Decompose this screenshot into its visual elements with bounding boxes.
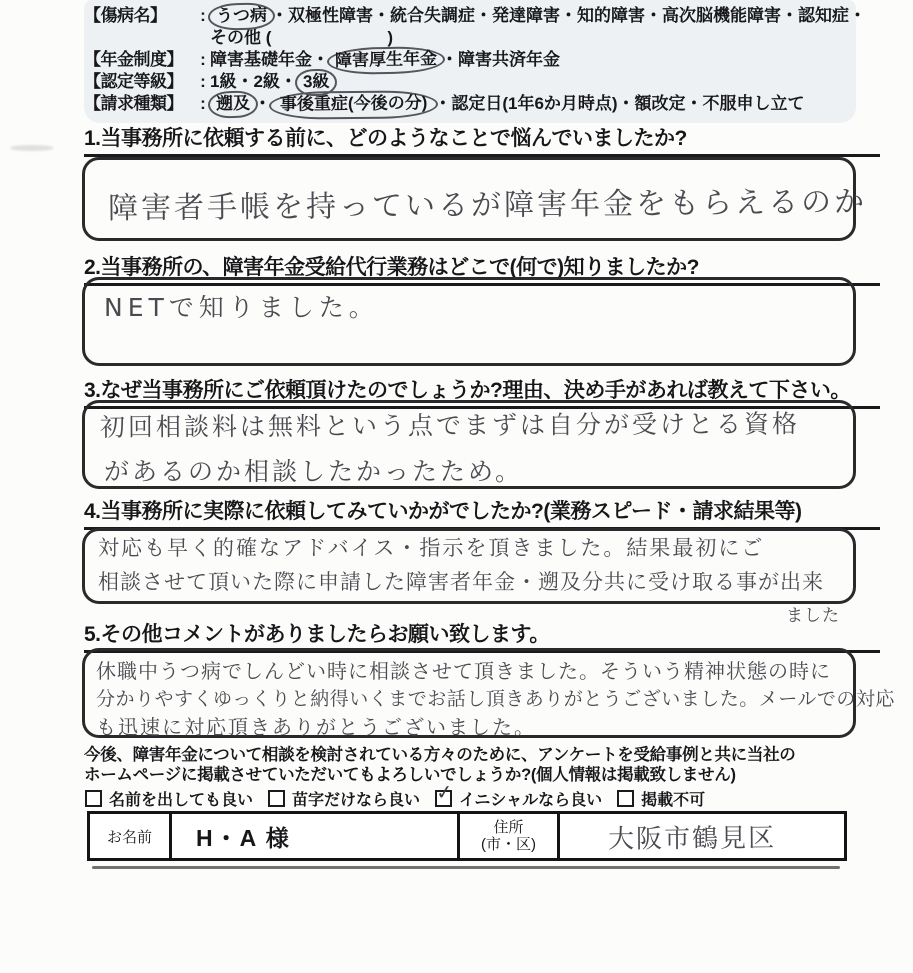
grade-row: 【認定等級】 : 1級・2級・3級: [84, 71, 856, 93]
grade-pre: 1級・2級・: [210, 72, 297, 91]
handwritten-answer-2: NETで知りました。: [104, 288, 379, 324]
colon: :: [196, 71, 210, 93]
circled-option-sokyuu: 遡及: [208, 90, 259, 118]
disease-other-row: その他 (): [84, 27, 856, 49]
checkbox-surname-only[interactable]: [268, 790, 285, 807]
consent-options-row: 名前を出しても良い 苗字だけなら良い ✓ イニシャルなら良い 掲載不可: [85, 788, 705, 808]
name-value-cell: H・A 様: [172, 814, 460, 858]
consent-option-label: 掲載不可: [641, 787, 705, 810]
claim-rest: ・認定日(1年6か月時点)・額改定・不服申し立て: [434, 94, 804, 113]
checkbox-no-publish[interactable]: [617, 790, 634, 807]
pension-pre: 障害基礎年金・: [210, 50, 329, 69]
scanned-survey-sheet: 【傷病名】 : うつ病・双極性障害・統合失調症・発達障害・知的障害・高次脳機能障…: [0, 0, 913, 973]
question-1-title: 1.当事務所に依頼する前に、どのようなことで悩んでいましたか?: [84, 126, 880, 157]
consent-line2: ホームページに掲載させていただいてもよろしいでしょうか?(個人情報は掲載致しませ…: [84, 766, 736, 784]
pension-system-row: 【年金制度】 : 障害基礎年金・障害厚生年金・障害共済年金: [84, 49, 856, 71]
handwritten-answer-3-line2: があるのか相談したかったため。: [104, 452, 523, 488]
handwritten-answer-1: 障害者手帳を持っているが障害年金をもらえるのか: [108, 177, 867, 228]
consent-option-label: 名前を出しても良い: [109, 787, 253, 810]
address-value-cell: 大阪市鶴見区: [560, 813, 844, 859]
address-label-line1: 住所: [493, 819, 523, 836]
handwritten-answer-5-line3: も迅速に対応頂きありがとうございました。: [96, 711, 536, 740]
handwritten-check-mark: ✓: [435, 781, 454, 803]
consent-option-full-name: 名前を出しても良い: [85, 787, 253, 810]
other-close: ): [387, 28, 393, 47]
circled-option-jigojuushou: 事後重症(今後の分): [269, 90, 439, 120]
claim-type-row: 【請求種類】 : 遡及・事後重症(今後の分)・認定日(1年6か月時点)・額改定・…: [84, 93, 856, 115]
handwritten-answer-3-line1: 初回相談料は無料という点でまずは自分が受けとる資格: [100, 404, 800, 444]
consent-option-no-publish: 掲載不可: [617, 787, 705, 810]
consent-paragraph: 今後、障害年金について相談を検討されている方々のために、アンケートを受給事例と共…: [84, 745, 894, 785]
pension-label: 【年金制度】: [84, 49, 196, 71]
colon: :: [196, 49, 210, 71]
disease-row: 【傷病名】 : うつ病・双極性障害・統合失調症・発達障害・知的障害・高次脳機能障…: [84, 5, 856, 27]
name-label-cell: お名前: [90, 814, 172, 858]
consent-line1: 今後、障害年金について相談を検討されている方々のために、アンケートを受給事例と共…: [84, 746, 795, 764]
respondent-info-table: お名前 H・A 様 住所(市・区) 大阪市鶴見区: [87, 811, 847, 861]
pension-rest: ・障害共済年金: [441, 50, 560, 69]
disease-label: 【傷病名】: [84, 5, 196, 27]
other-open: その他 (: [210, 28, 271, 47]
consent-option-surname-only: 苗字だけなら良い: [268, 787, 420, 810]
claim-options: 遡及・事後重症(今後の分)・認定日(1年6か月時点)・額改定・不服申し立て: [210, 93, 856, 116]
handwritten-answer-5-line2: 分かりやすくゆっくりと納得いくまでお話し頂きありがとうございました。メールでの対…: [96, 684, 895, 711]
disease-other: その他 (): [210, 27, 856, 49]
scan-line-artifact: [92, 866, 840, 869]
pension-options: 障害基礎年金・障害厚生年金・障害共済年金: [210, 49, 856, 71]
checkbox-full-name[interactable]: [85, 790, 102, 807]
disease-options-rest: ・双極性障害・統合失調症・発達障害・知的障害・高次脳機能障害・認知症・: [271, 6, 866, 25]
case-info-header: 【傷病名】 : うつ病・双極性障害・統合失調症・発達障害・知的障害・高次脳機能障…: [84, 0, 856, 123]
checkbox-initials[interactable]: ✓: [435, 790, 452, 807]
consent-option-label: イニシャルなら良い: [459, 787, 602, 810]
handwritten-answer-4-line1: 対応も早く的確なアドバイス・指示を頂きました。結果最初にご: [98, 532, 764, 562]
scan-smudge-artifact: [10, 145, 54, 151]
consent-option-initials: ✓ イニシャルなら良い: [435, 787, 602, 810]
handwritten-answer-4-line2: 相談させて頂いた際に申請した障害者年金・遡及分共に受け取る事が出来: [98, 566, 824, 596]
grade-options: 1級・2級・3級: [210, 71, 856, 93]
disease-options: うつ病・双極性障害・統合失調症・発達障害・知的障害・高次脳機能障害・認知症・: [210, 5, 866, 27]
grade-label: 【認定等級】: [84, 71, 196, 93]
consent-option-label: 苗字だけなら良い: [292, 787, 420, 810]
claim-label: 【請求種類】: [84, 93, 196, 115]
address-label-cell: 住所(市・区): [460, 814, 560, 858]
question-4-title: 4.当事務所に実際に依頼してみていかがでしたか?(業務スピード・請求結果等): [84, 499, 880, 530]
address-label-line2: (市・区): [481, 836, 536, 853]
handwritten-answer-5-line1: 休職中うつ病でしんどい時に相談させて頂きました。そういう精神状態の時に: [96, 655, 831, 684]
